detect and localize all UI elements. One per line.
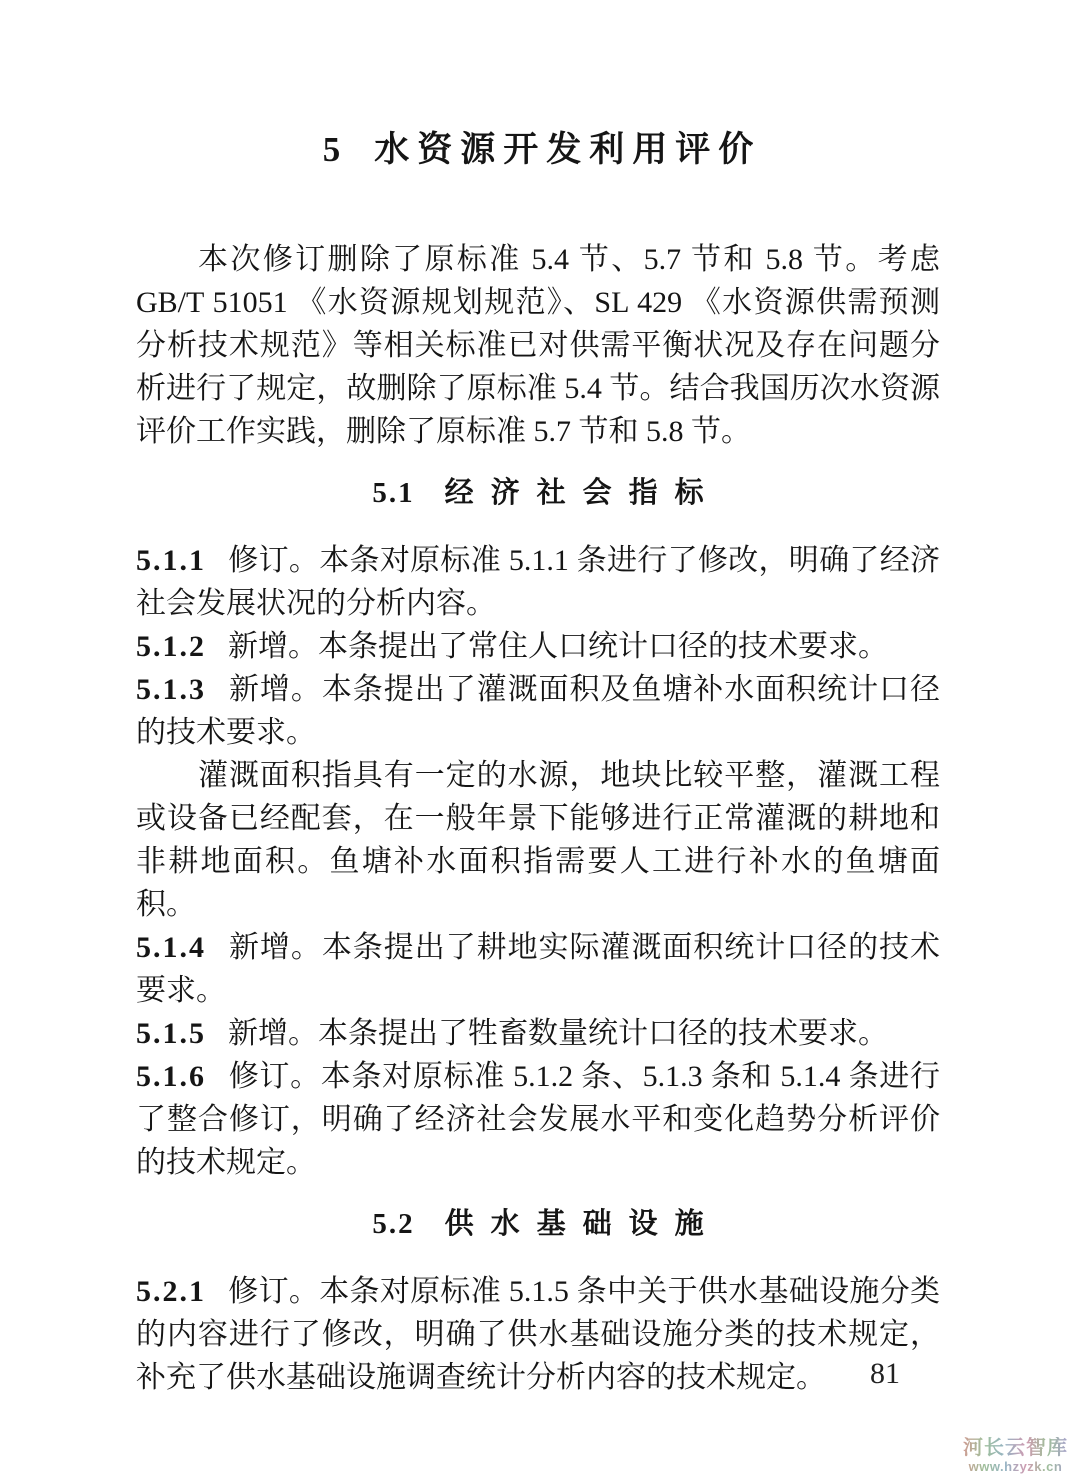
section-title: 供水基础设施	[445, 1208, 721, 1240]
page-number: 81	[870, 1356, 900, 1392]
chapter-title: 水资源开发利用评价	[374, 130, 761, 169]
clause-5-1-2: 5.1.2新增。本条提出了常住人口统计口径的技术要求。	[136, 625, 940, 668]
page-content: 5水资源开发利用评价 本次修订删除了原标准 5.4 节、5.7 节和 5.8 节…	[136, 0, 940, 1399]
section-heading-5-2: 5.2供水基础设施	[136, 1206, 940, 1242]
definition-paragraph: 灌溉面积指具有一定的水源，地块比较平整，灌溉工程或设备已经配套，在一般年景下能够…	[136, 754, 940, 926]
clause-text: 新增。本条提出了耕地实际灌溉面积统计口径的技术要求。	[136, 931, 940, 1007]
clause-text: 修订。本条对原标准 5.1.1 条进行了修改，明确了经济社会发展状况的分析内容。	[136, 544, 940, 620]
clause-5-1-6: 5.1.6修订。本条对原标准 5.1.2 条、5.1.3 条和 5.1.4 条进…	[136, 1055, 940, 1184]
section-number: 5.1	[372, 477, 414, 509]
clause-number: 5.1.6	[136, 1060, 206, 1093]
clause-5-1-3: 5.1.3新增。本条提出了灌溉面积及鱼塘补水面积统计口径的技术要求。	[136, 668, 940, 754]
clause-5-2-1: 5.2.1修订。本条对原标准 5.1.5 条中关于供水基础设施分类的内容进行了修…	[136, 1270, 940, 1399]
clause-number: 5.2.1	[136, 1275, 206, 1308]
intro-paragraph: 本次修订删除了原标准 5.4 节、5.7 节和 5.8 节。考虑 GB/T 51…	[136, 238, 940, 453]
clause-number: 5.1.4	[136, 931, 206, 964]
clause-text: 修订。本条对原标准 5.1.2 条、5.1.3 条和 5.1.4 条进行了整合修…	[136, 1060, 940, 1179]
chapter-number: 5	[323, 130, 341, 169]
clause-text: 新增。本条提出了灌溉面积及鱼塘补水面积统计口径的技术要求。	[136, 673, 940, 749]
section-title: 经济社会指标	[445, 477, 721, 509]
watermark-url: www.hzyzk.cn	[963, 1459, 1068, 1474]
clause-5-1-5: 5.1.5新增。本条提出了牲畜数量统计口径的技术要求。	[136, 1012, 940, 1055]
chapter-heading: 5水资源开发利用评价	[136, 0, 940, 174]
section-heading-5-1: 5.1经济社会指标	[136, 475, 940, 511]
watermark: 河长云智库 www.hzyzk.cn	[963, 1437, 1068, 1474]
clause-number: 5.1.5	[136, 1017, 206, 1050]
clause-5-1-4: 5.1.4新增。本条提出了耕地实际灌溉面积统计口径的技术要求。	[136, 926, 940, 1012]
clause-number: 5.1.2	[136, 630, 206, 663]
clause-text: 新增。本条提出了牲畜数量统计口径的技术要求。	[228, 1017, 888, 1050]
clause-text: 新增。本条提出了常住人口统计口径的技术要求。	[228, 630, 888, 663]
clause-5-1-1: 5.1.1修订。本条对原标准 5.1.1 条进行了修改，明确了经济社会发展状况的…	[136, 539, 940, 625]
clause-number: 5.1.1	[136, 544, 206, 577]
watermark-name: 河长云智库	[963, 1437, 1068, 1459]
clause-text: 修订。本条对原标准 5.1.5 条中关于供水基础设施分类的内容进行了修改，明确了…	[136, 1275, 940, 1394]
clause-number: 5.1.3	[136, 673, 206, 706]
document-page: 5水资源开发利用评价 本次修订删除了原标准 5.4 节、5.7 节和 5.8 节…	[0, 0, 1080, 1478]
section-number: 5.2	[372, 1208, 414, 1240]
